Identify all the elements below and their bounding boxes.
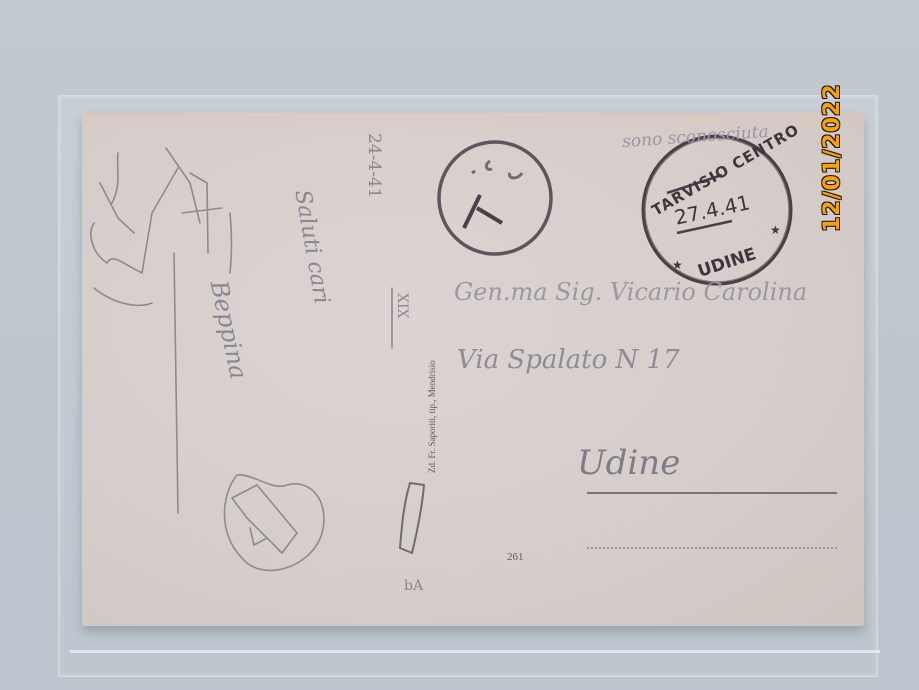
printer-credit: Zd. Fr. Saporiti, tip., Mendrisio [427,360,437,473]
postmark-star-right: ★ [770,223,781,237]
era-mark: XIX [394,293,410,318]
bottom-pencil-note: bA [404,578,423,594]
handwritten-date: 24-4-41 [364,133,384,199]
sleeve-edge-highlight [70,650,880,653]
pencil-heart-drawing [225,475,324,571]
pencil-box-mark [400,483,424,553]
address-line-2: Via Spalato N 17 [457,345,680,375]
address-dotted-line [587,547,837,549]
address-underline [587,492,837,494]
address-city: Udine [577,443,680,483]
pencil-scribble-drawing [91,148,232,513]
postmark-star-left: ★ [672,258,683,272]
postcard: sono sconosciuta TARVISIO CENTRO 27.4.41… [82,113,864,626]
address-line-1: Gen.ma Sig. Vicario Carolina [454,278,807,306]
camera-date-stamp: 12/01/2022 [820,83,845,232]
catalog-number: 261 [507,551,524,563]
